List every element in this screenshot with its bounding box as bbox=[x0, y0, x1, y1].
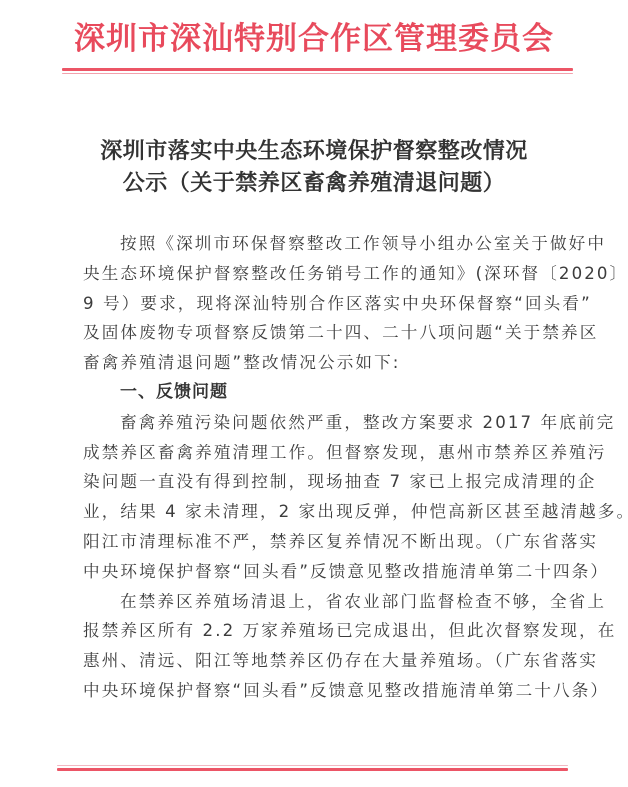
letterhead-organization-name: 深圳市深汕特别合作区管理委员会 bbox=[0, 19, 628, 59]
text-line: 中央环境保护督察“回头看”反馈意见整改措施清单第二十四条） bbox=[83, 557, 555, 587]
footer-rule-thick bbox=[57, 768, 568, 771]
text-line: 业，结果 4 家未清理，2 家出现反弹，仲恺高新区甚至越清越多。 bbox=[83, 497, 555, 527]
paragraph-feedback-2: 在禁养区养殖场清退上，省农业部门监督检查不够，全省上 报禁养区所有 2.2 万家… bbox=[83, 587, 555, 706]
letterhead-rule-thin bbox=[62, 73, 573, 74]
paragraph-feedback-1: 畜禽养殖污染问题依然严重，整改方案要求 2017 年底前完 成禁养区畜禽养殖清理… bbox=[83, 408, 555, 587]
text-line: 报禁养区所有 2.2 万家养殖场已完成退出，但此次督察发现，在 bbox=[83, 616, 555, 646]
footer-rule-thin bbox=[57, 765, 568, 766]
document-title-line-1: 深圳市落实中央生态环境保护督察整改情况 bbox=[0, 135, 628, 167]
text-line: 及固体废物专项督察反馈第二十四、二十八项问题“关于禁养区 bbox=[83, 318, 555, 348]
document-body: 按照《深圳市环保督察整改工作领导小组办公室关于做好中 央生态环境保护督察整改任务… bbox=[83, 229, 555, 706]
letterhead-rule-thick bbox=[62, 68, 573, 71]
text-line: 畜禽养殖污染问题依然严重，整改方案要求 2017 年底前完 bbox=[83, 408, 555, 438]
text-line: 成禁养区畜禽养殖清理工作。但督察发现，惠州市禁养区养殖污 bbox=[83, 438, 555, 468]
intro-paragraph: 按照《深圳市环保督察整改工作领导小组办公室关于做好中 央生态环境保护督察整改任务… bbox=[83, 229, 555, 378]
text-line: 惠州、清远、阳江等地禁养区仍存在大量养殖场。（广东省落实 bbox=[83, 646, 555, 676]
text-line: 畜禽养殖清退问题”整改情况公示如下: bbox=[83, 348, 555, 378]
text-line: 按照《深圳市环保督察整改工作领导小组办公室关于做好中 bbox=[83, 229, 555, 259]
text-line: 9 号）要求，现将深汕特别合作区落实中央环保督察“回头看” bbox=[83, 289, 555, 319]
section-heading-feedback-issues: 一、反馈问题 bbox=[83, 378, 555, 408]
document-title: 深圳市落实中央生态环境保护督察整改情况 公示（关于禁养区畜禽养殖清退问题） bbox=[0, 135, 628, 199]
text-line: 央生态环境保护督察整改任务销号工作的通知》(深环督〔2020〕 bbox=[83, 259, 555, 289]
document-title-line-2: 公示（关于禁养区畜禽养殖清退问题） bbox=[0, 167, 628, 199]
text-line: 染问题一直没有得到控制，现场抽查 7 家已上报完成清理的企 bbox=[83, 467, 555, 497]
text-line: 中央环境保护督察“回头看”反馈意见整改措施清单第二十八条） bbox=[83, 676, 555, 706]
text-line: 在禁养区养殖场清退上，省农业部门监督检查不够，全省上 bbox=[83, 587, 555, 617]
text-line: 阳江市清理标准不严，禁养区复养情况不断出现。（广东省落实 bbox=[83, 527, 555, 557]
